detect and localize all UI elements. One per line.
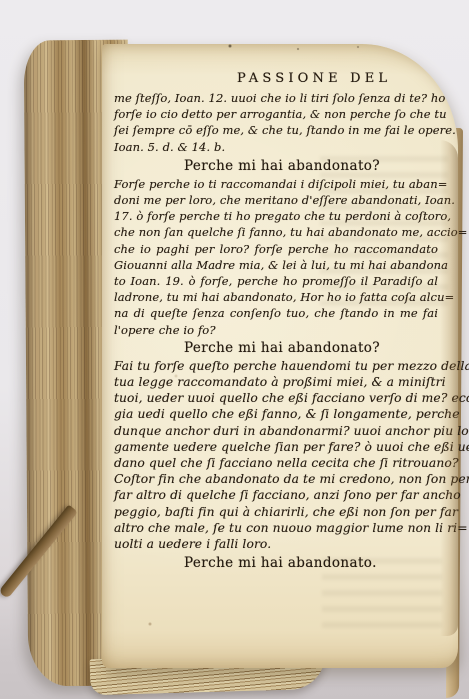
text-line: dunque anchor duri in abandonarmi? uuoi … xyxy=(114,423,438,439)
text-line: dano quel che ſi facciano nella cecita c… xyxy=(114,455,438,471)
paragraph: Fai tu forſe queſto perche hauendomi tu … xyxy=(114,358,438,552)
paragraph: me ſteſſo, Ioan. 12. uuoi che io li tiri… xyxy=(114,90,438,155)
text-line: far altro di quelche ſi facciano, anzi ſ… xyxy=(114,487,438,503)
text-line: tua legge raccomandato à proßimi miei, &… xyxy=(114,374,438,390)
text-line: che io paghi per loro? forſe perche ho r… xyxy=(114,241,438,257)
running-title: PASSIONE DEL xyxy=(114,70,438,88)
text-line: na di queſte ſenza conſenſo tuo, che ſta… xyxy=(114,305,438,321)
text-line: me ſteſſo, Ioan. 12. uuoi che io li tiri… xyxy=(114,90,438,106)
photo-background: PASSIONE DEL me ſteſſo, Ioan. 12. uuoi c… xyxy=(0,0,469,699)
text-line: doni me per loro, che meritano d'eſſere … xyxy=(114,192,438,208)
text-line: forſe io cio detto per arrogantia, & non… xyxy=(114,106,438,122)
text-line: ladrone, tu mi hai abandonato, Hor ho io… xyxy=(114,289,438,305)
text-line: ſei ſempre cō eſſo me, & che tu, ſtando … xyxy=(114,122,438,138)
book: PASSIONE DEL me ſteſſo, Ioan. 12. uuoi c… xyxy=(26,36,462,692)
text-line: Forſe perche io ti raccomandai i diſcipo… xyxy=(114,176,438,192)
text-line: Fai tu forſe queſto perche hauendomi tu … xyxy=(114,358,438,374)
text-line: 17. ò forſe perche ti ho pregato che tu … xyxy=(114,208,438,224)
text-line: Coſtor fin che abandonato da te mi credo… xyxy=(114,471,438,487)
text-line: che non ſan quelche ſi fanno, tu hai aba… xyxy=(114,224,438,240)
book-page: PASSIONE DEL me ſteſſo, Ioan. 12. uuoi c… xyxy=(102,44,458,668)
section-heading: Perche mi hai abandonato. xyxy=(114,555,438,572)
text-line: peggio, baſti fin qui à chiarirli, che e… xyxy=(114,504,438,520)
text-line: uolti a uedere i falli loro. xyxy=(114,536,438,552)
text-line: to Ioan. 19. ò forſe, perche ho promeſſo… xyxy=(114,273,438,289)
paragraph: Forſe perche io ti raccomandai i diſcipo… xyxy=(114,176,438,338)
text-line: Giouanni alla Madre mia, & lei à lui, tu… xyxy=(114,257,438,273)
text-line: gia uedi quello che eßi fanno, & ſi long… xyxy=(114,406,438,422)
text-line: gamente uedere quelche ſian per fare? ò … xyxy=(114,439,438,455)
section-heading: Perche mi hai abandonato? xyxy=(114,340,438,357)
text-line: tuoi, ueder uuoi quello che eßi facciano… xyxy=(114,390,438,406)
page-text: PASSIONE DEL me ſteſſo, Ioan. 12. uuoi c… xyxy=(114,70,438,572)
text-line: Ioan. 5. d. & 14. b. xyxy=(114,139,438,155)
section-heading: Perche mi hai abandonato? xyxy=(114,158,438,175)
text-line: l'opere che io fo? xyxy=(114,322,438,338)
text-line: altro che male, ſe tu con nuouo maggior … xyxy=(114,520,438,536)
